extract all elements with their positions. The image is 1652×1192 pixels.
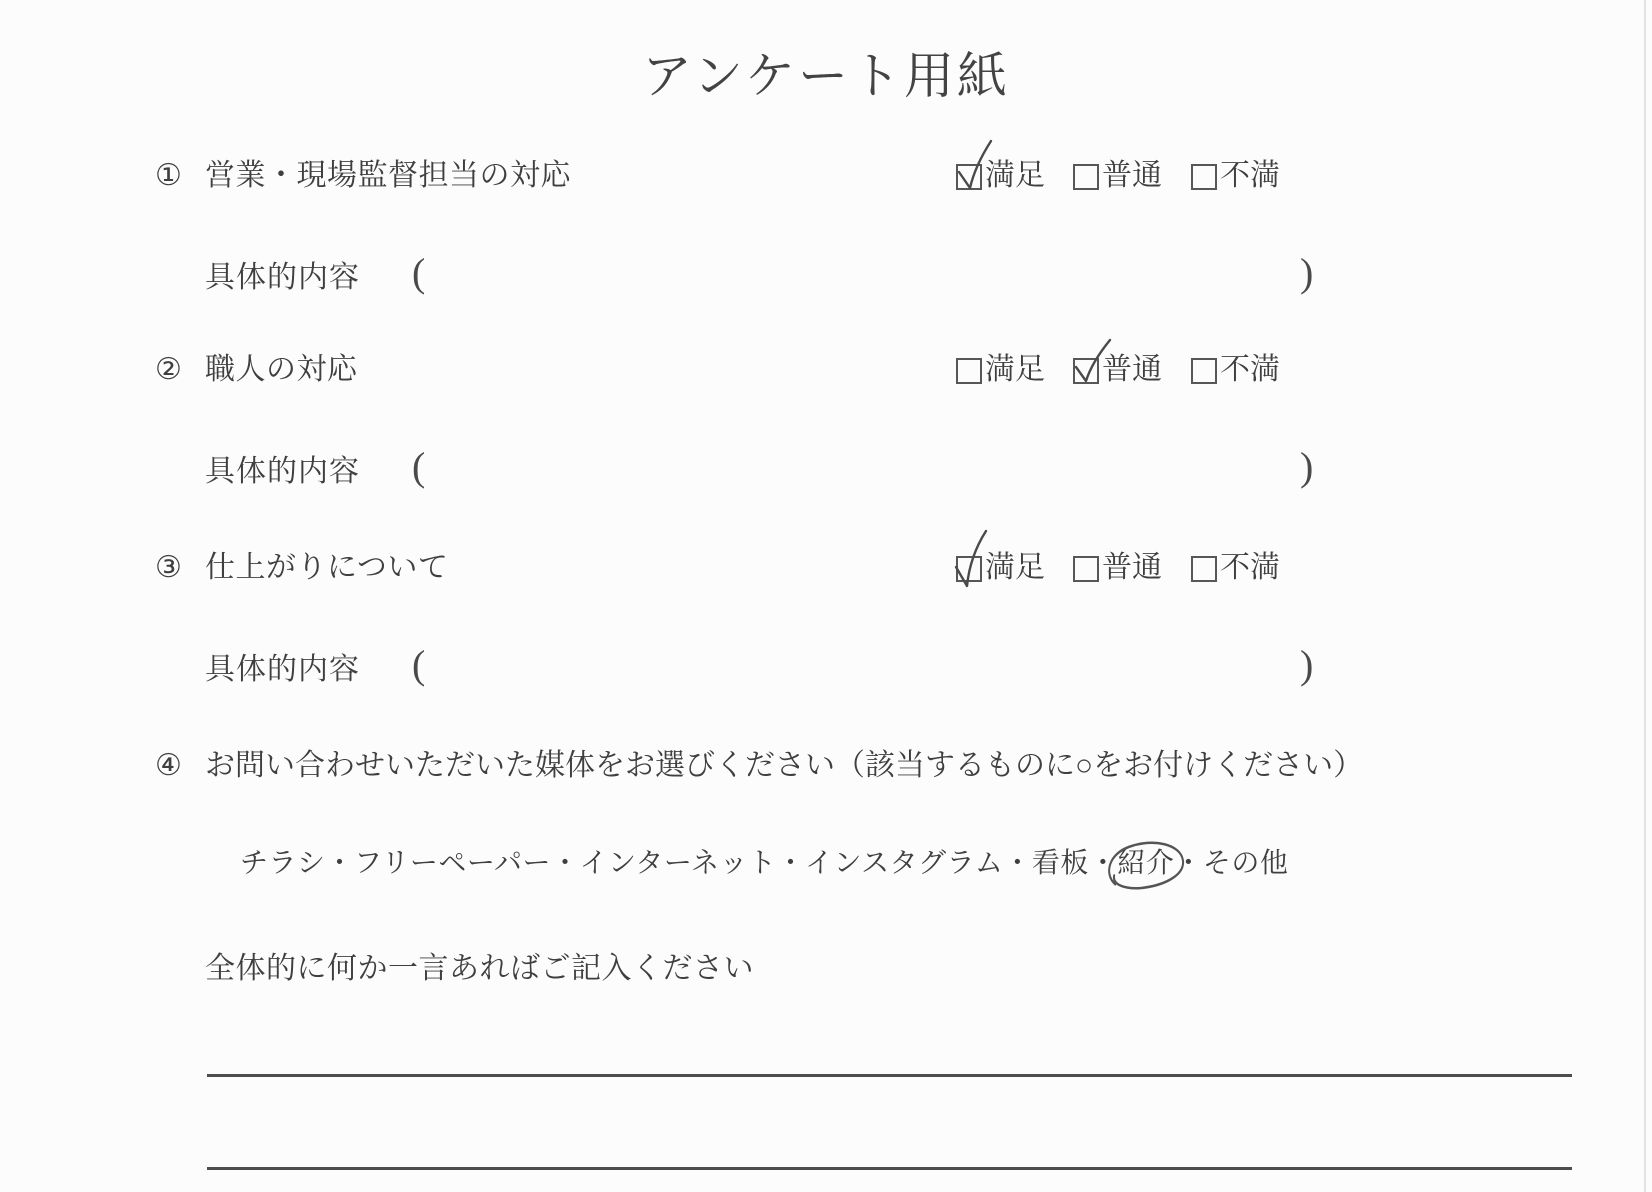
q1-detail-open-paren: ( [412,253,425,293]
q2-option-label-satisfied: 満足 [985,350,1045,390]
question-3-detail-row: 具体的内容 ( ) [0,650,1652,694]
question-1-row: ① 営業・現場監督担当の対応 満足 普通 不満 [0,156,1652,200]
q1-detail-close-paren: ) [1300,253,1313,293]
q2-option-label-normal: 普通 [1102,350,1162,390]
media-option-circled: 紹介 [1117,845,1174,883]
comment-line-1 [207,1074,1572,1077]
q3-checkbox-satisfied [956,556,982,582]
q2-checkbox-normal [1073,358,1099,384]
q1-checkbox-dissatisfied [1191,164,1217,190]
survey-form-page: アンケート用紙 ① 営業・現場監督担当の対応 満足 普通 不満 具体的内容 ( … [0,0,1652,1192]
q1-option-label-dissatisfied: 不満 [1220,156,1280,196]
comment-line-2 [207,1167,1572,1170]
question-3-row: ③ 仕上がりについて 満足 普通 不満 [0,548,1652,592]
q3-detail-open-paren: ( [412,645,425,685]
q2-detail-close-paren: ) [1300,447,1313,487]
media-options-after: ・その他 [1174,848,1288,879]
q1-option-label-normal: 普通 [1102,156,1162,196]
q2-option-label-dissatisfied: 不満 [1220,350,1280,390]
question-1-number: ① [155,156,182,196]
question-1-detail-row: 具体的内容 ( ) [0,258,1652,302]
q2-detail-label: 具体的内容 [205,452,360,492]
q1-checkbox-normal [1073,164,1099,190]
question-2-label: 職人の対応 [205,350,358,390]
question-4-label: お問い合わせいただいた媒体をお選びください（該当するものに○をお付けください） [205,746,1363,786]
q3-option-label-satisfied: 満足 [985,548,1045,588]
q3-detail-label: 具体的内容 [205,650,360,690]
question-3-number: ③ [155,548,182,588]
question-4-number: ④ [155,746,182,786]
q2-detail-open-paren: ( [412,447,425,487]
q2-checkbox-satisfied [956,358,982,384]
q3-detail-close-paren: ) [1300,645,1313,685]
q3-checkbox-dissatisfied [1191,556,1217,582]
q3-checkbox-normal [1073,556,1099,582]
q1-checkbox-satisfied [956,164,982,190]
question-2-detail-row: 具体的内容 ( ) [0,452,1652,496]
question-3-label: 仕上がりについて [205,548,448,588]
q3-option-label-normal: 普通 [1102,548,1162,588]
q2-checkbox-dissatisfied [1191,358,1217,384]
question-4-row: ④ お問い合わせいただいた媒体をお選びください（該当するものに○をお付けください… [0,746,1652,790]
media-options-before: チラシ・フリーペーパー・インターネット・インスタグラム・看板・ [240,848,1117,879]
media-option-circled-label: 紹介 [1117,848,1174,879]
question-2-number: ② [155,350,182,390]
question-2-row: ② 職人の対応 満足 普通 不満 [0,350,1652,394]
q1-option-label-satisfied: 満足 [985,156,1045,196]
scan-edge-artifact [1644,0,1646,1192]
question-1-label: 営業・現場監督担当の対応 [205,156,571,196]
q1-detail-label: 具体的内容 [205,258,360,298]
comment-prompt: 全体的に何か一言あればご記入ください [205,943,754,987]
media-options-line: チラシ・フリーペーパー・インターネット・インスタグラム・看板・紹介・その他 [240,845,1288,883]
form-title: アンケート用紙 [0,36,1652,108]
q3-option-label-dissatisfied: 不満 [1220,548,1280,588]
